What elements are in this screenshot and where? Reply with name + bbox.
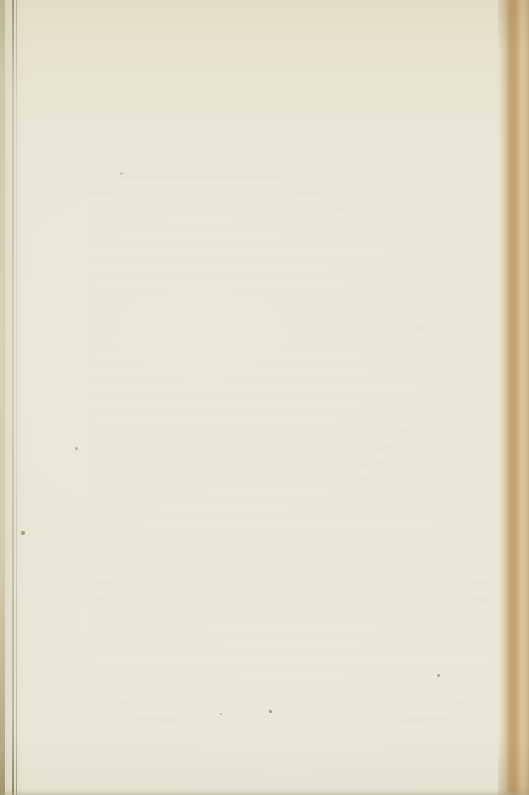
dust-speck [269, 710, 272, 713]
specks-layer [0, 0, 529, 795]
dust-speck [21, 531, 25, 535]
dust-speck [437, 674, 440, 677]
dust-speck [120, 172, 123, 175]
scanned-page [0, 0, 529, 795]
dust-speck [220, 713, 222, 715]
dust-speck [75, 447, 78, 450]
